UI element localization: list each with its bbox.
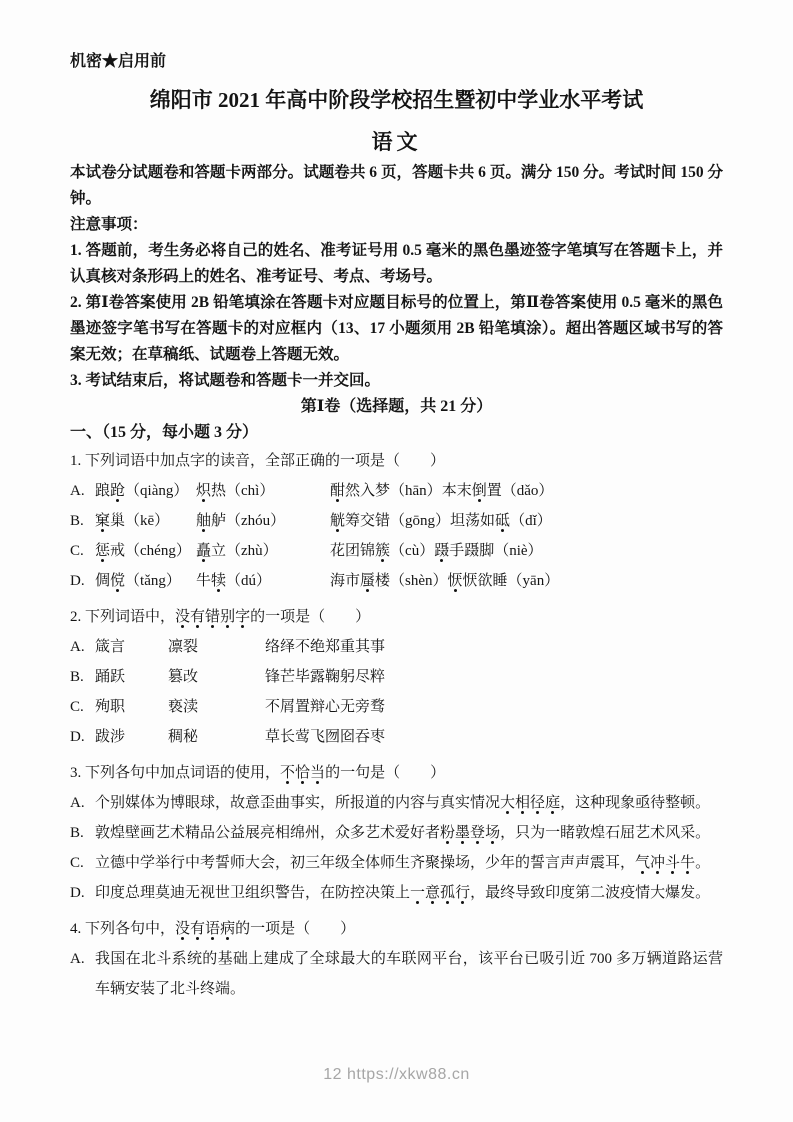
option-word: 囫囵吞枣 [325,729,385,745]
dotted-char: 有 [190,609,205,625]
option-word: 本末倒置（dǎo） [442,483,554,499]
page-number: 12 [323,1066,342,1083]
option-word: 不屑置辩 [265,699,325,715]
option-label: B. [70,662,95,692]
option-text: 我国在北斗系统的基础上建成了全球最大的车联网平台，该平台已吸引近 700 多万辆… [95,944,723,1004]
dotted-char: 语 [205,921,220,937]
option-word: 亵渎 [168,692,265,722]
option-row: D.印度总理莫迪无视世卫组织警告，在防控决策上一意孤行，最终导致印度第二波疫情大… [70,878,723,908]
exam-paper-page: 机密★启用前 绵阳市 2021 年高中阶段学校招生暨初中学业水平考试 语文 本试… [0,0,793,1122]
option-word: 坦荡如砥（dǐ） [450,513,552,529]
dotted-char: 意 [425,885,440,901]
dotted-char: 有 [190,921,205,937]
dotted-char: 不 [280,765,295,781]
option-row: D.跋涉稠秘草长莺飞囫囵吞枣 [70,722,723,752]
confidential-notice: 机密★启用前 [70,52,723,72]
option-label: D. [70,722,95,752]
dotted-char: 字 [235,609,250,625]
dotted-char: 惩 [95,543,110,559]
question-2: 2. 下列词语中，没有错别字的一项是（ ）A.箴言凛裂络绎不绝郑重其事B.踊跃篡… [70,602,723,752]
option-label: C. [70,536,95,566]
dotted-char: 恰 [295,765,310,781]
option-word: 郑重其事 [325,639,385,655]
dotted-char: 蹑 [434,543,449,559]
page-footer: 12 https://xkw88.cn [0,1066,793,1084]
question-stem: 2. 下列词语中，没有错别字的一项是（ ） [70,602,723,632]
option-word: 篡改 [168,662,265,692]
dotted-char: 斗 [665,855,680,871]
option-word: 锋芒毕露 [265,669,325,685]
dotted-char: 簇 [375,543,390,559]
question-stem: 1. 下列词语中加点字的读音，全部正确的一项是（ ） [70,446,723,476]
option-row: A.个别媒体为博眼球，故意歪曲事实，所报道的内容与真实情况大相径庭，这种现象亟待… [70,788,723,818]
option-label: D. [70,566,95,596]
option-word: 舳舻（zhóu） [196,506,330,536]
dotted-char: 一 [410,885,425,901]
note-item-2: 2. 第Ⅰ卷答案使用 2B 铅笔填涂在答题卡对应题目标号的位置上，第Ⅱ卷答案使用… [70,290,723,368]
option-label: C. [70,692,95,722]
page-content: 机密★启用前 绵阳市 2021 年高中阶段学校招生暨初中学业水平考试 语文 本试… [0,0,793,1004]
option-word: 踉跄（qiàng） [95,476,196,506]
dotted-char: 牛 [680,855,695,871]
dotted-char: 犊 [211,573,226,589]
option-row: A.箴言凛裂络绎不绝郑重其事 [70,632,723,662]
option-row: D.倜傥（tǎng）牛犊（dú）海市蜃楼（shèn）恹恹欲睡（yān） [70,566,723,596]
question-3: 3. 下列各句中加点词语的使用，不恰当的一句是（ ）A.个别媒体为博眼球，故意歪… [70,758,723,908]
subject-title: 语文 [70,130,723,154]
option-word: 矗立（zhù） [196,536,330,566]
option-word: 草长莺飞 [265,729,325,745]
dotted-char: 场 [485,825,500,841]
dotted-char: 气 [635,855,650,871]
dotted-char: 矗 [196,543,211,559]
dotted-char: 炽 [196,483,211,499]
dotted-char: 舳 [196,513,211,529]
part-heading: 一、（15 分，每小题 3 分） [70,420,723,446]
option-word: 恹恹欲睡（yān） [448,573,560,589]
option-label: A. [70,944,95,1004]
option-word: 鞠躬尽粹 [325,669,385,685]
dotted-char: 觥 [330,513,345,529]
option-label: D. [70,878,95,908]
option-row: C.立德中学举行中考誓师大会，初三年级全体师生齐聚操场，少年的誓言声声震耳，气冲… [70,848,723,878]
dotted-char: 别 [220,609,235,625]
dotted-char: 酣 [330,483,345,499]
option-label: A. [70,788,95,818]
option-word: 稠秘 [168,722,265,752]
questions: 1. 下列词语中加点字的读音，全部正确的一项是（ ）A.踉跄（qiàng）炽热（… [70,446,723,1004]
dotted-char: 庭 [545,795,560,811]
option-label: C. [70,848,95,878]
dotted-char: 恹 [448,573,463,589]
option-word: 殉职 [95,692,168,722]
watermark-url: https://xkw88.cn [347,1066,470,1083]
dotted-char: 相 [515,795,530,811]
option-word: 炽热（chì） [196,476,330,506]
option-text: 个别媒体为博眼球，故意歪曲事实，所报道的内容与真实情况大相径庭，这种现象亟待整顿… [95,788,723,818]
exam-title: 绵阳市 2021 年高中阶段学校招生暨初中学业水平考试 [70,88,723,112]
dotted-char: 登 [470,825,485,841]
option-word: 络绎不绝 [265,639,325,655]
option-word: 酣然入梦（hān） [330,483,442,499]
option-label: B. [70,818,95,848]
dotted-char: 粉 [440,825,455,841]
option-row: B.窠巢（kē）舳舻（zhóu）觥筹交错（gōng）坦荡如砥（dǐ） [70,506,723,536]
dotted-char: 径 [530,795,545,811]
option-word: 跋涉 [95,722,168,752]
option-label: A. [70,632,95,662]
option-text: 印度总理莫迪无视世卫组织警告，在防控决策上一意孤行，最终导致印度第二波疫情大爆发… [95,878,723,908]
note-item-1: 1. 答题前，考生务必将自己的姓名、准考证号用 0.5 毫米的黑色墨迹签字笔填写… [70,238,723,290]
dotted-char: 傥 [110,573,125,589]
option-row: B.踊跃篡改锋芒毕露鞠躬尽粹 [70,662,723,692]
option-row: B.敦煌壁画艺术精品公益展亮相绵州，众多艺术爱好者粉墨登场，只为一睹敦煌石屈艺术… [70,818,723,848]
dotted-char: 蜃 [360,573,375,589]
exam-instructions: 本试卷分试题卷和答题卡两部分。试题卷共 6 页，答题卡共 6 页。满分 150 … [70,160,723,394]
option-word: 凛裂 [168,632,265,662]
option-word: 踊跃 [95,662,168,692]
option-word: 海市蜃楼（shèn） [330,573,448,589]
option-word: 蹑手蹑脚（niè） [434,543,542,559]
option-row: C.殉职亵渎不屑置辩心无旁骛 [70,692,723,722]
question-stem: 3. 下列各句中加点词语的使用，不恰当的一句是（ ） [70,758,723,788]
option-word: 倜傥（tǎng） [95,566,196,596]
dotted-char: 当 [310,765,325,781]
volume-title: 第Ⅰ卷（选择题，共 21 分） [70,394,723,420]
notes-heading: 注意事项： [70,212,723,238]
dotted-char: 没 [175,921,190,937]
option-row: A.踉跄（qiàng）炽热（chì）酣然入梦（hān）本末倒置（dǎo） [70,476,723,506]
option-label: A. [70,476,95,506]
dotted-char: 窠 [95,513,110,529]
dotted-char: 病 [220,921,235,937]
note-item-3: 3. 考试结束后，将试题卷和答题卡一并交回。 [70,368,723,394]
option-word: 箴言 [95,632,168,662]
dotted-char: 倒 [472,483,487,499]
dotted-char: 冲 [650,855,665,871]
option-word: 牛犊（dú） [196,566,330,596]
dotted-char: 跄 [110,483,125,499]
question-1: 1. 下列词语中加点字的读音，全部正确的一项是（ ）A.踉跄（qiàng）炽热（… [70,446,723,596]
option-word: 觥筹交错（gōng） [330,513,450,529]
dotted-char: 行 [455,885,470,901]
question-stem: 4. 下列各句中，没有语病的一项是（ ） [70,914,723,944]
dotted-char: 错 [205,609,220,625]
option-word: 花团锦簇（cù） [330,543,434,559]
option-text: 立德中学举行中考誓师大会，初三年级全体师生齐聚操场，少年的誓言声声震耳，气冲斗牛… [95,848,723,878]
dotted-char: 没 [175,609,190,625]
question-4: 4. 下列各句中，没有语病的一项是（ ）A.我国在北斗系统的基础上建成了全球最大… [70,914,723,1004]
instructions-overview: 本试卷分试题卷和答题卡两部分。试题卷共 6 页，答题卡共 6 页。满分 150 … [70,160,723,212]
option-word: 心无旁骛 [325,699,385,715]
dotted-char: 墨 [455,825,470,841]
option-word: 窠巢（kē） [95,506,196,536]
dotted-char: 大 [500,795,515,811]
option-row: C.惩戒（chéng）矗立（zhù）花团锦簇（cù）蹑手蹑脚（niè） [70,536,723,566]
option-text: 敦煌壁画艺术精品公益展亮相绵州，众多艺术爱好者粉墨登场，只为一睹敦煌石屈艺术风采… [95,818,723,848]
option-word: 惩戒（chéng） [95,536,196,566]
option-label: B. [70,506,95,536]
dotted-char: 孤 [440,885,455,901]
dotted-char: 砥 [495,513,510,529]
option-row: A.我国在北斗系统的基础上建成了全球最大的车联网平台，该平台已吸引近 700 多… [70,944,723,1004]
